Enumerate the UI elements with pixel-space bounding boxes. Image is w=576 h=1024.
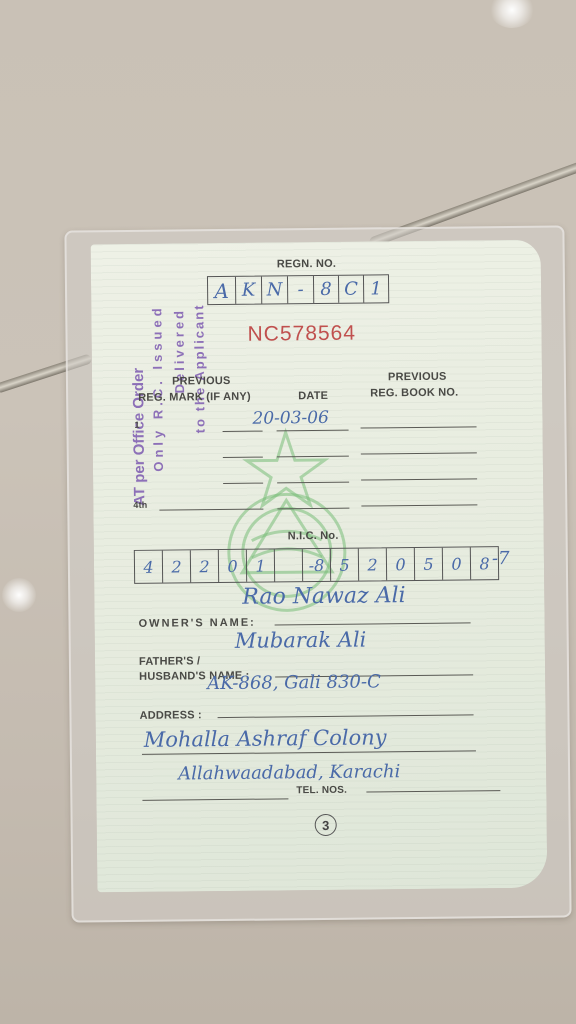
previous-book-no-label-1: PREVIOUS: [388, 371, 447, 384]
owner-name-value: Rao Nawaz Ali: [242, 583, 406, 610]
row1-book-line: [361, 426, 477, 428]
page-number: 3: [315, 814, 337, 836]
regn-char: K: [236, 277, 262, 304]
nic-char: 1: [247, 549, 275, 581]
owner-name-line: [275, 622, 471, 625]
nic-char: 2: [359, 548, 387, 580]
nic-boxes: 4 2 2 0 1 -8 5 2 0 5 0 8: [134, 546, 499, 584]
father-name-label-1: FATHER'S /: [139, 655, 200, 668]
row4-book-line: [361, 504, 477, 506]
nic-char: 0: [219, 550, 247, 582]
nic-char: [275, 549, 303, 581]
nic-char: 0: [387, 548, 415, 580]
regn-no-boxes: A K N - 8 C 1: [207, 274, 389, 305]
nic-char: 5: [415, 548, 443, 580]
nic-char: 2: [191, 550, 219, 582]
regn-char: 8: [314, 276, 339, 303]
tel-label: TEL. NOS.: [296, 785, 347, 797]
office-stamp-line2: Only R.C. Issued: [149, 304, 166, 471]
previous-book-no-label-2: REG. BOOK NO.: [370, 387, 458, 400]
row3-book-line: [361, 478, 477, 480]
light-glare-top: [490, 0, 534, 28]
regn-char: 1: [364, 275, 388, 302]
date-label: DATE: [298, 390, 328, 402]
address-line-1: AK-868, Gali 830-C: [207, 671, 381, 694]
nic-char: -8: [303, 549, 331, 581]
nic-label: N.I.C. No.: [288, 530, 339, 543]
row2-book-line: [361, 452, 477, 454]
address-line-3: Allahwaadabad, Karachi: [178, 761, 400, 784]
regn-char: N: [262, 276, 288, 303]
registration-book-page: AT per Office Order Only R.C. Issued Del…: [91, 240, 548, 893]
serial-number: NC578564: [247, 322, 356, 347]
tel-line-right: [366, 790, 500, 792]
previous-reg-mark-label-1: PREVIOUS: [172, 375, 231, 388]
regn-char: C: [339, 276, 364, 303]
nic-trailing-digit: -7: [492, 548, 510, 569]
nic-char: 2: [163, 550, 191, 582]
previous-reg-mark-label-2: REG. MARK (IF ANY): [138, 391, 251, 404]
father-name-value: Mubarak Ali: [235, 628, 367, 653]
address-line-a: [218, 714, 474, 718]
address-label: ADDRESS :: [139, 709, 201, 722]
row-index: 1: [134, 420, 139, 430]
nic-char: 0: [443, 547, 471, 579]
tel-line-left: [142, 798, 288, 801]
address-line-2: Mohalla Ashraf Colony: [144, 725, 387, 752]
nic-char: 4: [135, 551, 163, 583]
regn-char: -: [288, 276, 314, 303]
office-stamp-line1: AT per Office Order: [130, 368, 148, 506]
light-glare-left: [2, 578, 36, 612]
regn-char: A: [208, 277, 236, 304]
row1-date-value: 20-03-06: [252, 408, 329, 429]
office-stamp-line4: to the Applicant: [191, 303, 207, 433]
regn-no-label: REGN. NO.: [277, 258, 336, 271]
nic-char: 5: [331, 549, 359, 581]
row-index: 4th: [133, 500, 147, 510]
